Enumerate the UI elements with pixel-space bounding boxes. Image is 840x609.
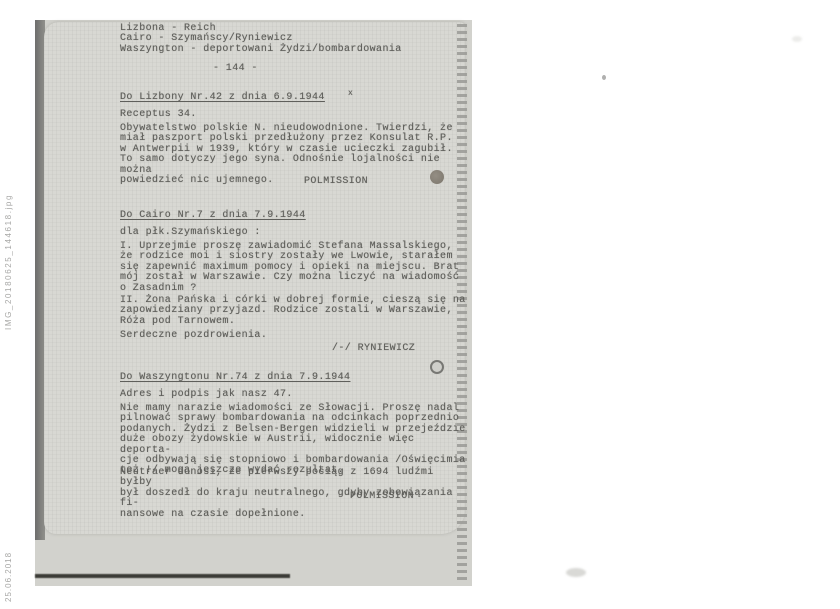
page-number: - 144 - <box>213 64 258 74</box>
dispatch-subline-receptus: Receptus 34. <box>120 110 197 120</box>
dispatch-heading-cairo: Do Cairo Nr.7 z dnia 7.9.1944 <box>120 211 306 221</box>
heading-annotation-mark: x <box>348 89 353 99</box>
dispatch-subline-address: Adres i podpis jak nasz 47. <box>120 390 293 400</box>
scan-smudge <box>566 568 586 577</box>
dispatch-paragraph: Nie mamy narazie wiadomości ze Słowacji.… <box>120 404 472 477</box>
signoff-polmission: POLMISSION <box>350 492 414 502</box>
dispatch-paragraph: Neutraer donosi, że pierwszy pociąg z 16… <box>120 468 472 520</box>
typed-content: Lizbona - Reich Cairo - Szymańscy/Ryniew… <box>35 20 472 586</box>
dispatch-closing: Serdeczne pozdrowienia. <box>120 331 267 341</box>
date-watermark: 25.06.2018 <box>4 552 13 602</box>
dispatch-paragraph: Obywatelstwo polskie N. nieudowodnione. … <box>120 124 472 186</box>
dispatch-paragraph: II. Żona Pańska i córki w dobrej formie,… <box>120 296 466 327</box>
dispatch-heading-washington: Do Waszyngtonu Nr.74 z dnia 7.9.1944 <box>120 373 350 383</box>
signature-ryniewicz: /-/ RYNIEWICZ <box>332 344 415 354</box>
dispatch-paragraph: I. Uprzejmie proszę zawiadomić Stefana M… <box>120 242 459 294</box>
dispatch-heading-lisbon: Do Lizbony Nr.42 z dnia 6.9.1944 <box>120 93 325 103</box>
filename-watermark: IMG_20180625_144618.jpg <box>4 194 13 330</box>
routing-header-lines: Lizbona - Reich Cairo - Szymańscy/Ryniew… <box>120 24 402 55</box>
document-photo: Lizbona - Reich Cairo - Szymańscy/Ryniew… <box>35 20 472 586</box>
scan-smudge <box>792 36 802 42</box>
signoff-polmission: POLMISSION <box>304 177 368 187</box>
scan-speck <box>602 75 606 80</box>
dispatch-subline-addressee: dla płk.Szymańskiego : <box>120 228 261 238</box>
